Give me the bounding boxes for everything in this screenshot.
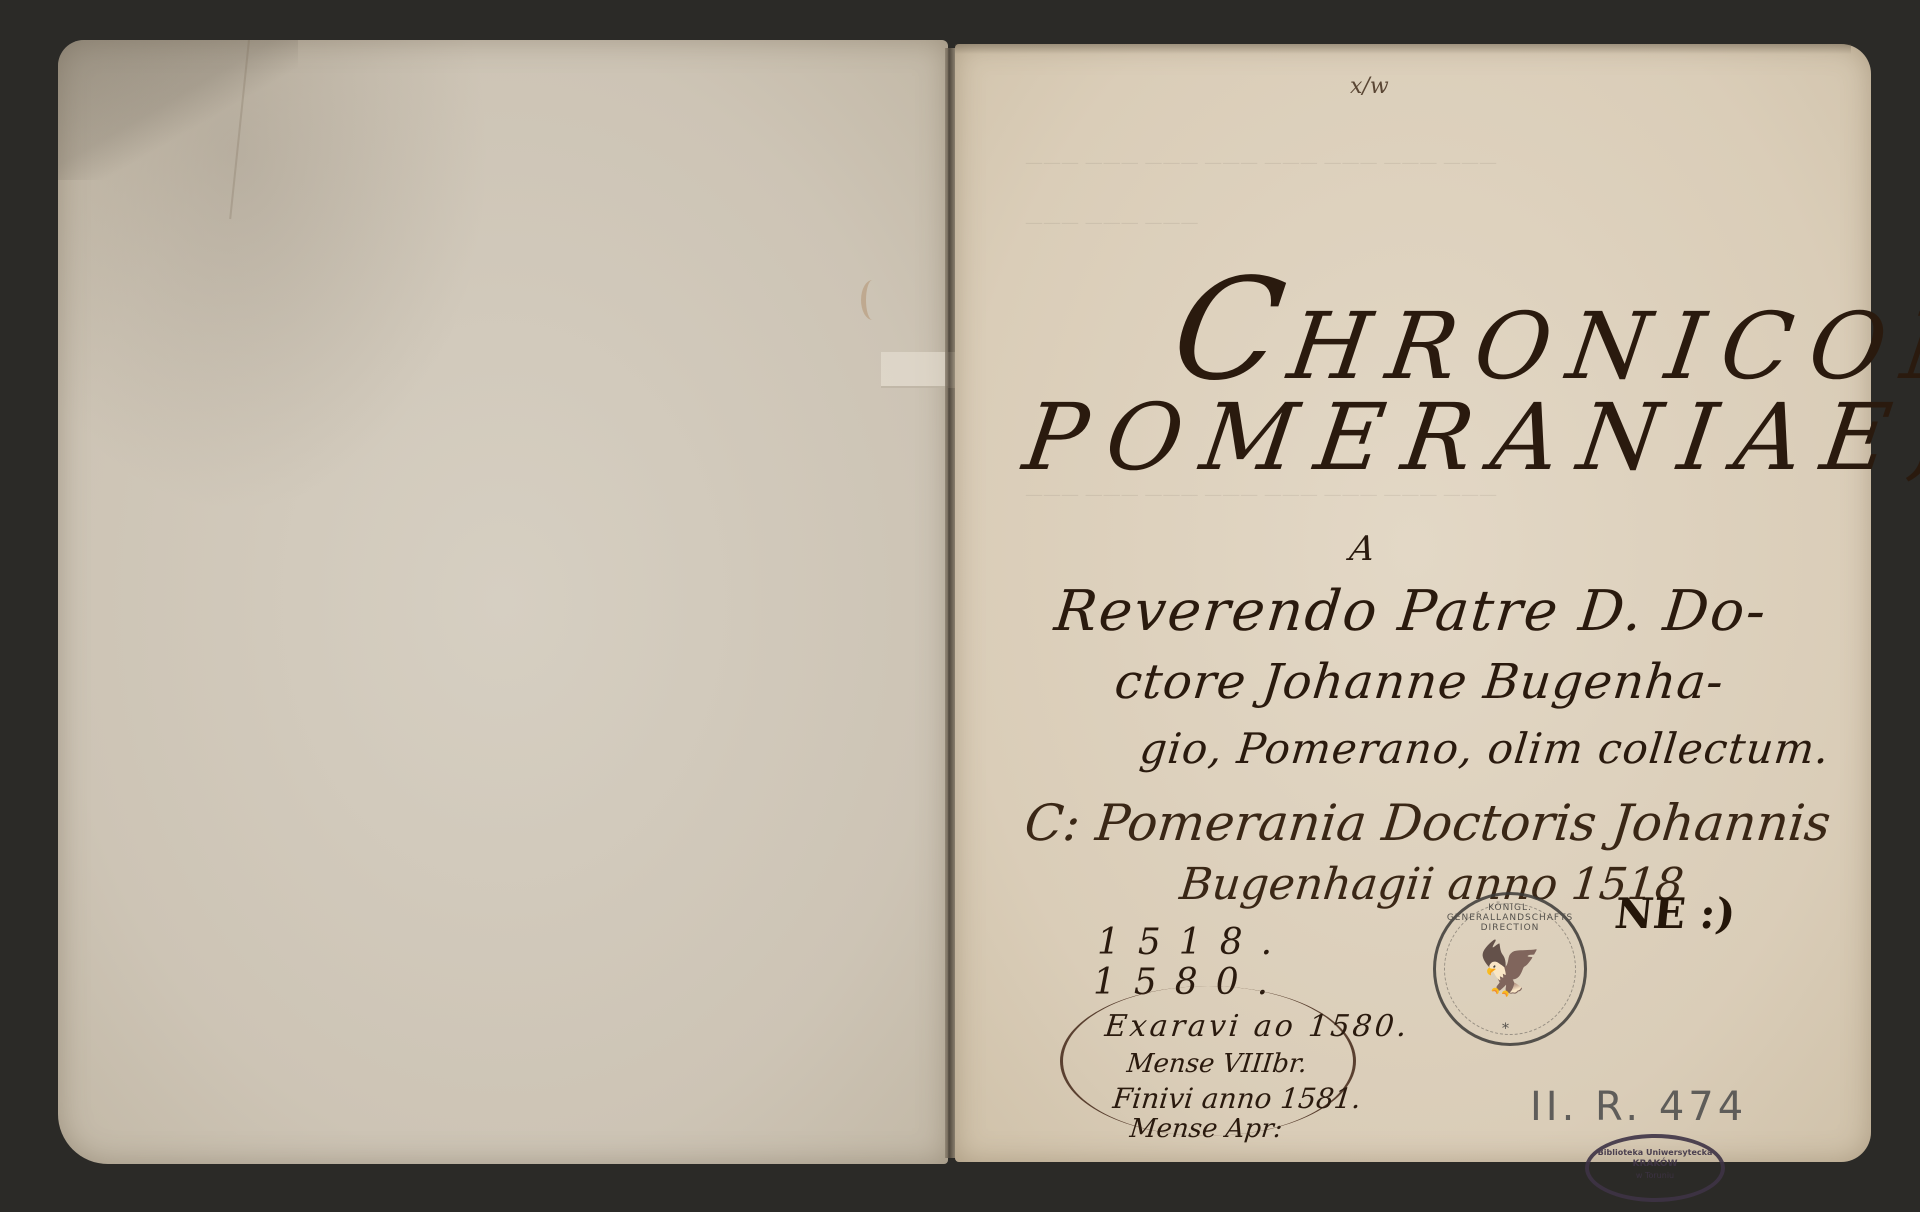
author-line-2: ctore Johanne Bugenha-: [1112, 654, 1727, 710]
bleed-through-text: ——— ——— ———: [1025, 212, 1198, 233]
note-line-2: Mense VIIIbr.: [1125, 1049, 1308, 1079]
note-line-1: Exaravi ao 1580.: [1103, 1009, 1411, 1044]
title-line-pomeraniae: POMERANIAE,: [1017, 384, 1920, 491]
right-page-title-page: ——— ——— ——— ——— ——— ——— ——— ——— ——— ——— …: [955, 44, 1871, 1162]
folio-mark: x/w: [1350, 74, 1389, 99]
round-ownership-seal: KÖNIGL. GENERALLANDSCHAFTS DIRECTION 🦅 *: [1433, 892, 1587, 1046]
paper-stain: [861, 280, 884, 320]
seal-legend: KÖNIGL. GENERALLANDSCHAFTS DIRECTION: [1436, 903, 1584, 933]
scanned-manuscript-spread: ——— ——— ——— ——— ——— ——— ——— ——— ——— ——— …: [0, 0, 1920, 1212]
page-corner-fold: [58, 40, 298, 180]
author-line-1: Reverendo Patre D. Do-: [1052, 579, 1771, 644]
book-spine-gutter: [945, 48, 955, 1158]
library-oval-stamp: Biblioteka Uniwersytecka KRAKÓW w Toruni…: [1585, 1134, 1725, 1202]
date-1518: 1518.: [1097, 922, 1290, 963]
page-top-edge: [955, 44, 1851, 54]
star-icon: *: [1502, 1021, 1509, 1037]
catchtitle-line-1: C: Pomerania Doctoris Johannis: [1022, 794, 1833, 852]
eagle-emblem-icon: 🦅: [1476, 935, 1544, 1003]
catchtitle-mark: NE :): [1612, 889, 1738, 938]
author-line-3: gio, Pomerano, olim collectum.: [1137, 724, 1832, 773]
shelfmark: II. R. 474: [1530, 1084, 1747, 1130]
left-page-blank: [58, 40, 948, 1164]
note-line-4: Mense Apr:: [1128, 1114, 1284, 1144]
stamp-line-3: w Toruniu: [1589, 1171, 1721, 1180]
title-line-a: A: [1347, 529, 1377, 569]
bleed-through-text: ——— ——— ——— ——— ——— ——— ——— ———: [1025, 152, 1497, 173]
stamp-line-2: KRAKÓW: [1589, 1159, 1721, 1169]
stamp-line-1: Biblioteka Uniwersytecka: [1589, 1148, 1721, 1157]
note-line-3: Finivi anno 1581.: [1111, 1082, 1362, 1115]
catchtitle-line-2: Bugenhagii anno 1518: [1177, 859, 1686, 910]
